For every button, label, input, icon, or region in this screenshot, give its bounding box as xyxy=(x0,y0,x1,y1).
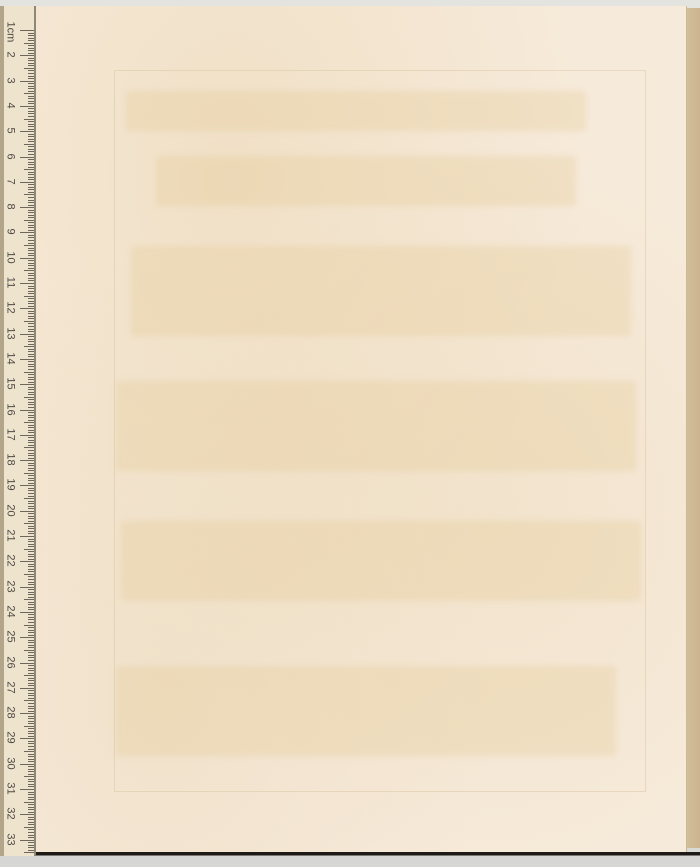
ruler-tick xyxy=(28,576,34,577)
ruler-tick xyxy=(28,711,34,712)
ruler-tick xyxy=(20,157,34,158)
ruler-tick xyxy=(28,111,34,112)
ruler-tick xyxy=(20,840,34,841)
ruler-tick xyxy=(28,807,34,808)
ruler-tick xyxy=(20,258,34,259)
ruler-tick xyxy=(28,427,34,428)
ruler-tick xyxy=(28,200,34,201)
ruler-tick xyxy=(28,622,34,623)
ruler-tick xyxy=(28,539,34,540)
ruler-tick xyxy=(28,263,34,264)
ruler-tick xyxy=(20,30,34,31)
ruler-tick xyxy=(28,273,34,274)
ruler-tick xyxy=(28,91,34,92)
ruler-tick xyxy=(24,397,34,398)
ruler-tick xyxy=(28,582,34,583)
ruler-tick xyxy=(28,354,34,355)
ruler-tick xyxy=(24,523,34,524)
ruler-tick xyxy=(28,728,34,729)
ruler-label: 32 xyxy=(5,806,16,822)
ruler-tick xyxy=(24,447,34,448)
ruler-tick xyxy=(28,129,34,130)
ruler-tick xyxy=(28,65,34,66)
ruler-tick xyxy=(28,640,34,641)
ruler-tick xyxy=(28,255,34,256)
ruler-tick xyxy=(28,506,34,507)
ruler-tick xyxy=(24,93,34,94)
ruler-tick xyxy=(28,399,34,400)
ruler-tick xyxy=(28,736,34,737)
ruler-label: 27 xyxy=(5,679,16,695)
ruler-tick xyxy=(28,630,34,631)
show-through-staff-1 xyxy=(131,246,631,336)
ruler-tick xyxy=(20,131,34,132)
ruler-tick xyxy=(28,420,34,421)
ruler-tick xyxy=(28,847,34,848)
ruler-label: 21 xyxy=(5,528,16,544)
ruler-tick xyxy=(20,536,34,537)
ruler-tick xyxy=(28,361,34,362)
ruler-tick xyxy=(28,665,34,666)
ruler-tick xyxy=(20,637,34,638)
ruler-tick xyxy=(28,326,34,327)
ruler-tick xyxy=(28,73,34,74)
ruler-tick xyxy=(28,513,34,514)
ruler-tick xyxy=(28,766,34,767)
ruler-tick xyxy=(28,151,34,152)
ruler-tick xyxy=(28,222,34,223)
ruler-tick xyxy=(28,463,34,464)
ruler-tick xyxy=(28,164,34,165)
ruler-tick xyxy=(20,485,34,486)
ruler-tick xyxy=(24,473,34,474)
ruler-tick xyxy=(20,663,34,664)
ruler-tick xyxy=(28,556,34,557)
ruler-tick xyxy=(20,764,34,765)
ruler-tick xyxy=(28,83,34,84)
ruler-tick xyxy=(28,754,34,755)
ruler-tick xyxy=(28,318,34,319)
ruler-tick xyxy=(28,685,34,686)
ruler-tick xyxy=(28,468,34,469)
ruler-tick xyxy=(28,339,34,340)
ruler-tick xyxy=(28,496,34,497)
ruler-tick xyxy=(28,503,34,504)
ruler-tick xyxy=(28,832,34,833)
ruler-tick xyxy=(28,88,34,89)
ruler-tick xyxy=(28,642,34,643)
ruler-tick xyxy=(28,303,34,304)
ruler-tick xyxy=(20,334,34,335)
ruler-tick xyxy=(28,240,34,241)
ruler-label: 9 xyxy=(5,224,16,240)
ruler-tick xyxy=(28,592,34,593)
ruler-label: 4 xyxy=(5,97,16,113)
ruler-tick xyxy=(28,217,34,218)
ruler-tick xyxy=(20,738,34,739)
ruler-tick xyxy=(28,63,34,64)
ruler-tick xyxy=(28,197,34,198)
ruler-tick xyxy=(28,584,34,585)
ruler-tick xyxy=(28,470,34,471)
ruler-label: 16 xyxy=(5,401,16,417)
ruler-tick xyxy=(28,673,34,674)
ruler-tick xyxy=(20,308,34,309)
ruler-tick xyxy=(28,146,34,147)
ruler-tick xyxy=(28,174,34,175)
ruler-tick xyxy=(28,706,34,707)
ruler-tick xyxy=(28,402,34,403)
ruler-tick xyxy=(28,126,34,127)
ruler-tick xyxy=(20,561,34,562)
ruler-tick xyxy=(20,81,34,82)
ruler-tick xyxy=(28,501,34,502)
ruler-tick xyxy=(28,551,34,552)
ruler-tick xyxy=(28,518,34,519)
ruler-label: 23 xyxy=(5,578,16,594)
ruler-tick xyxy=(28,78,34,79)
ruler-tick xyxy=(28,139,34,140)
ruler-tick xyxy=(28,761,34,762)
ruler-tick xyxy=(28,101,34,102)
ruler-tick xyxy=(28,225,34,226)
ruler-tick xyxy=(20,789,34,790)
ruler-tick xyxy=(28,824,34,825)
ruler-tick xyxy=(28,533,34,534)
ruler-tick xyxy=(28,708,34,709)
ruler-tick xyxy=(28,781,34,782)
ruler-label: 15 xyxy=(5,376,16,392)
ruler-tick xyxy=(20,688,34,689)
ruler-tick xyxy=(28,35,34,36)
ruler-label: 33 xyxy=(5,831,16,847)
ruler-tick xyxy=(28,655,34,656)
ruler-tick xyxy=(28,835,34,836)
ruler-tick xyxy=(28,124,34,125)
ruler-tick xyxy=(28,313,34,314)
ruler-tick xyxy=(28,566,34,567)
ruler-tick xyxy=(28,531,34,532)
ruler-tick xyxy=(28,58,34,59)
ruler-tick xyxy=(28,680,34,681)
ruler-tick xyxy=(28,351,34,352)
ruler-tick xyxy=(24,194,34,195)
ruler-tick xyxy=(28,771,34,772)
ruler-tick xyxy=(28,301,34,302)
ruler-tick xyxy=(24,574,34,575)
ruler-tick xyxy=(28,205,34,206)
ruler-tick xyxy=(28,392,34,393)
ruler-label: 10 xyxy=(5,249,16,265)
ruler-tick xyxy=(28,822,34,823)
ruler-tick xyxy=(28,526,34,527)
ruler-tick xyxy=(24,372,34,373)
ruler-tick xyxy=(28,528,34,529)
ruler-label: 26 xyxy=(5,654,16,670)
ruler-tick xyxy=(28,336,34,337)
ruler-tick xyxy=(28,756,34,757)
ruler-tick xyxy=(28,445,34,446)
ruler-label: 11 xyxy=(5,275,16,291)
ruler-tick xyxy=(20,511,34,512)
ruler-tick xyxy=(28,134,34,135)
ruler-tick xyxy=(28,187,34,188)
ruler-tick xyxy=(24,220,34,221)
ruler-tick xyxy=(28,113,34,114)
ruler-tick xyxy=(28,837,34,838)
ruler-tick xyxy=(28,554,34,555)
ruler-tick xyxy=(28,749,34,750)
ruler-tick xyxy=(20,55,34,56)
ruler-tick xyxy=(28,275,34,276)
ruler-tick xyxy=(28,141,34,142)
ruler-tick xyxy=(28,265,34,266)
ruler-tick xyxy=(28,415,34,416)
ruler-tick xyxy=(24,802,34,803)
ruler-label: 18 xyxy=(5,452,16,468)
ruler-tick xyxy=(28,121,34,122)
ruler-label: 29 xyxy=(5,730,16,746)
ruler-tick xyxy=(28,389,34,390)
ruler-tick xyxy=(28,521,34,522)
ruler-tick xyxy=(24,827,34,828)
ruler-tick xyxy=(24,751,34,752)
ruler-tick xyxy=(28,604,34,605)
ruler-tick xyxy=(28,311,34,312)
ruler-label: 12 xyxy=(5,300,16,316)
ruler-tick xyxy=(28,291,34,292)
ruler-tick xyxy=(28,278,34,279)
ruler-tick xyxy=(20,182,34,183)
ruler-tick xyxy=(28,212,34,213)
show-through-title xyxy=(126,91,586,131)
ruler-tick xyxy=(28,683,34,684)
ruler-tick xyxy=(28,508,34,509)
ruler-tick xyxy=(28,215,34,216)
ruler-tick xyxy=(28,377,34,378)
ruler-tick xyxy=(20,359,34,360)
ruler-tick xyxy=(28,733,34,734)
ruler-tick xyxy=(28,703,34,704)
ruler-tick xyxy=(28,48,34,49)
ruler-label: 8 xyxy=(5,199,16,215)
ruler-tick xyxy=(28,70,34,71)
ruler-tick xyxy=(20,283,34,284)
ruler-tick xyxy=(28,483,34,484)
ruler-label: 5 xyxy=(5,123,16,139)
ruler-tick xyxy=(28,210,34,211)
ruler-tick xyxy=(28,668,34,669)
ruler-tick xyxy=(28,286,34,287)
ruler-tick xyxy=(28,260,34,261)
ruler-label: 2 xyxy=(5,47,16,63)
ruler-tick xyxy=(24,776,34,777)
ruler-tick xyxy=(28,774,34,775)
ruler-label: 28 xyxy=(5,705,16,721)
ruler-tick xyxy=(28,478,34,479)
ruler-tick xyxy=(28,293,34,294)
ruler-tick xyxy=(28,288,34,289)
ruler-tick xyxy=(28,645,34,646)
ruler-tick xyxy=(28,559,34,560)
ruler-label: 24 xyxy=(5,603,16,619)
ruler-tick xyxy=(24,852,34,853)
ruler-tick xyxy=(28,797,34,798)
ruler-tick xyxy=(28,678,34,679)
ruler-label: 25 xyxy=(5,629,16,645)
ruler-tick xyxy=(24,625,34,626)
ruler-label: 3 xyxy=(5,72,16,88)
ruler-tick xyxy=(20,384,34,385)
ruler-tick xyxy=(28,804,34,805)
ruler-tick xyxy=(28,179,34,180)
ruler-tick xyxy=(28,366,34,367)
ruler-label: 20 xyxy=(5,502,16,518)
ruler-tick xyxy=(28,792,34,793)
ruler-tick xyxy=(28,657,34,658)
ruler-tick xyxy=(28,845,34,846)
ruler-tick xyxy=(24,346,34,347)
ruler-tick xyxy=(24,549,34,550)
ruler-tick xyxy=(28,86,34,87)
ruler-tick xyxy=(28,298,34,299)
ruler-tick xyxy=(28,619,34,620)
ruler-tick xyxy=(28,154,34,155)
ruler-tick xyxy=(24,144,34,145)
ruler-tick xyxy=(28,784,34,785)
ruler-tick xyxy=(28,430,34,431)
ruler-tick xyxy=(28,404,34,405)
ruler-tick xyxy=(28,809,34,810)
ruler-tick xyxy=(28,60,34,61)
ruler-tick xyxy=(20,460,34,461)
ruler-tick xyxy=(28,172,34,173)
ruler-label: 19 xyxy=(5,477,16,493)
ruler-tick xyxy=(28,33,34,34)
ruler-tick xyxy=(28,76,34,77)
ruler-tick xyxy=(28,425,34,426)
show-through-subtitle xyxy=(156,156,576,206)
ruler-tick xyxy=(24,650,34,651)
ruler-tick xyxy=(28,349,34,350)
ruler-tick xyxy=(28,743,34,744)
ruler-tick xyxy=(28,607,34,608)
ruler-label: 6 xyxy=(5,148,16,164)
ruler-label: 22 xyxy=(5,553,16,569)
ruler-tick xyxy=(28,617,34,618)
ruler-tick xyxy=(20,713,34,714)
ruler-tick xyxy=(28,759,34,760)
ruler-tick xyxy=(28,248,34,249)
ruler-tick xyxy=(28,475,34,476)
ruler-tick xyxy=(28,50,34,51)
ruler-tick xyxy=(28,329,34,330)
ruler-tick xyxy=(28,794,34,795)
ruler-tick xyxy=(28,40,34,41)
ruler-tick xyxy=(28,453,34,454)
ruler-tick xyxy=(28,647,34,648)
ruler-tick xyxy=(28,316,34,317)
ruler-tick xyxy=(28,382,34,383)
ruler-tick xyxy=(28,799,34,800)
ruler-tick xyxy=(28,230,34,231)
ruler-tick xyxy=(28,202,34,203)
ruler-tick xyxy=(28,746,34,747)
ruler-tick xyxy=(28,108,34,109)
ruler-tick xyxy=(28,594,34,595)
show-through-staff-3 xyxy=(121,521,641,601)
ruler-tick xyxy=(20,207,34,208)
ruler-label: 31 xyxy=(5,781,16,797)
ruler-tick xyxy=(28,698,34,699)
ruler-tick xyxy=(28,458,34,459)
ruler-tick xyxy=(28,243,34,244)
ruler-label: 30 xyxy=(5,755,16,771)
centimetre-ruler: 1cm2345678910111213141516171819202122232… xyxy=(0,6,36,856)
ruler-tick xyxy=(28,116,34,117)
ruler-tick xyxy=(28,237,34,238)
ruler-tick xyxy=(28,721,34,722)
ruler-tick xyxy=(28,442,34,443)
ruler-tick xyxy=(28,268,34,269)
ruler-tick xyxy=(28,103,34,104)
ruler-tick xyxy=(28,564,34,565)
ruler-tick xyxy=(28,635,34,636)
page-bottom-edge xyxy=(0,852,700,867)
ruler-tick xyxy=(28,96,34,97)
ruler-tick xyxy=(28,716,34,717)
ruler-tick xyxy=(28,394,34,395)
ruler-tick xyxy=(28,544,34,545)
ruler-tick xyxy=(28,253,34,254)
ruler-label: 14 xyxy=(5,350,16,366)
ruler-tick xyxy=(24,245,34,246)
ruler-tick xyxy=(28,695,34,696)
ruler-label: 13 xyxy=(5,325,16,341)
ruler-tick xyxy=(28,177,34,178)
ruler-tick xyxy=(28,53,34,54)
ruler-tick xyxy=(28,597,34,598)
ruler-tick xyxy=(28,432,34,433)
ruler-tick xyxy=(28,149,34,150)
ruler-tick xyxy=(28,609,34,610)
ruler-tick xyxy=(28,660,34,661)
ruler-tick xyxy=(28,374,34,375)
ruler-tick xyxy=(28,412,34,413)
ruler-tick xyxy=(28,344,34,345)
ruler-tick xyxy=(28,829,34,830)
ruler-edge xyxy=(0,6,4,856)
ruler-tick xyxy=(28,162,34,163)
ruler-tick xyxy=(28,356,34,357)
ruler-tick xyxy=(28,331,34,332)
ruler-tick xyxy=(28,850,34,851)
ruler-tick xyxy=(28,437,34,438)
ruler-tick xyxy=(28,670,34,671)
ruler-tick xyxy=(28,842,34,843)
ruler-tick xyxy=(28,741,34,742)
ruler-tick xyxy=(24,296,34,297)
ruler-tick xyxy=(28,589,34,590)
ruler-tick xyxy=(28,693,34,694)
ruler-tick xyxy=(28,632,34,633)
ruler-tick xyxy=(28,38,34,39)
ruler-tick xyxy=(24,270,34,271)
show-through-staff-4 xyxy=(116,666,616,756)
ruler-tick xyxy=(28,627,34,628)
ruler-tick xyxy=(28,488,34,489)
ruler-tick xyxy=(28,602,34,603)
